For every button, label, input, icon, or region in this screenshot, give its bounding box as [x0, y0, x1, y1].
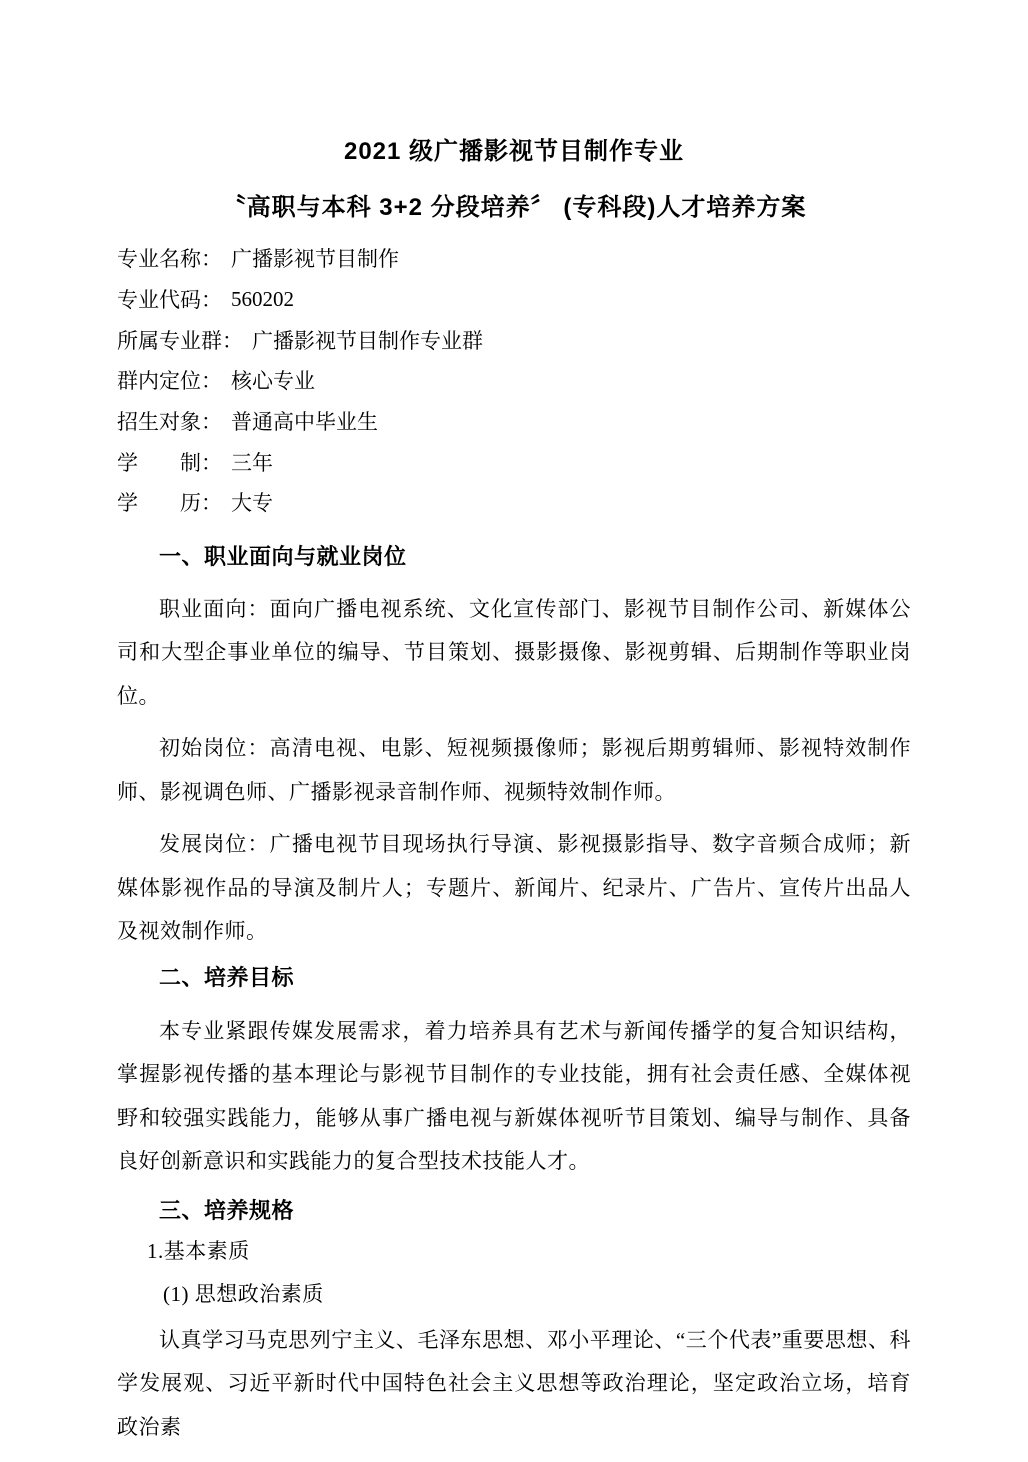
meta-value: 广播影视节目制作专业群: [252, 325, 483, 355]
document-content: 2021 级广播影视节目制作专业 〝高职与本科 3+2 分段培养〞 (专科段)人…: [117, 0, 911, 1449]
paragraph-career-orientation: 职业面向：面向广播电视系统、文化宣传部门、影视节目制作公司、新媒体公司和大型企事…: [117, 588, 911, 719]
paragraph-initial-positions: 初始岗位：高清电视、电影、短视频摄像师；影视后期剪辑师、影视特效制作师、影视调色…: [117, 727, 911, 814]
meta-label: 招生对象：: [117, 406, 222, 436]
meta-value: 560202: [231, 287, 294, 312]
meta-row-enrollment-target: 招生对象： 普通高中毕业生: [117, 401, 911, 442]
meta-row-degree-level: 学 历： 大专: [117, 482, 911, 523]
meta-row-group-position: 群内定位： 核心专业: [117, 360, 911, 401]
section-heading-specifications: 三、培养规格: [117, 1198, 911, 1224]
meta-label: 专业名称：: [117, 243, 222, 273]
meta-row-major-code: 专业代码： 560202: [117, 279, 911, 320]
section-heading-career: 一、职业面向与就业岗位: [117, 544, 911, 570]
meta-label: 所属专业群：: [117, 325, 243, 355]
meta-value: 三年: [231, 447, 273, 477]
meta-row-study-length: 学 制： 三年: [117, 441, 911, 482]
paragraph-development-positions: 发展岗位：广播电视节目现场执行导演、影视摄影指导、数字音频合成师；新媒体影视作品…: [117, 823, 911, 954]
list-item-basic-quality: 1.基本素质: [117, 1230, 911, 1274]
meta-value: 核心专业: [231, 365, 315, 395]
metadata-list: 专业名称： 广播影视节目制作 专业代码： 560202 所属专业群： 广播影视节…: [117, 238, 911, 523]
meta-label: 群内定位：: [117, 365, 222, 395]
list-item-ideological-political: (1) 思想政治素质: [117, 1273, 911, 1317]
meta-label: 学 历：: [117, 487, 222, 517]
meta-row-major-group: 所属专业群： 广播影视节目制作专业群: [117, 319, 911, 360]
section-heading-objectives: 二、培养目标: [117, 965, 911, 991]
meta-label: 专业代码：: [117, 284, 222, 314]
meta-value: 普通高中毕业生: [231, 406, 378, 436]
paragraph-training-objective: 本专业紧跟传媒发展需求，着力培养具有艺术与新闻传播学的复合知识结构，掌握影视传播…: [117, 1010, 911, 1184]
meta-value: 大专: [231, 487, 273, 517]
meta-row-major-name: 专业名称： 广播影视节目制作: [117, 238, 911, 279]
doc-subtitle: 〝高职与本科 3+2 分段培养〞 (专科段)人才培养方案: [117, 195, 911, 220]
document-page: 2021 级广播影视节目制作专业 〝高职与本科 3+2 分段培养〞 (专科段)人…: [0, 0, 1028, 1462]
meta-label: 学 制：: [117, 447, 222, 477]
doc-title: 2021 级广播影视节目制作专业: [117, 139, 911, 164]
meta-value: 广播影视节目制作: [231, 243, 399, 273]
paragraph-ideological-content: 认真学习马克思列宁主义、毛泽东思想、邓小平理论、“三个代表”重要思想、科学发展观…: [117, 1319, 911, 1450]
